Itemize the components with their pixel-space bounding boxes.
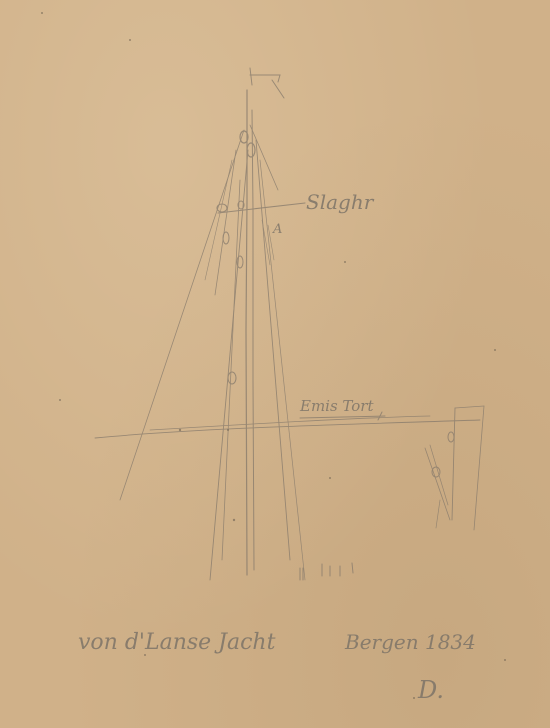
drawing-sheet: Slaghr A Emis Tort von d'Lanse Jacht Ber… [0, 0, 550, 728]
upper-rigging-label: Slaghr [306, 190, 373, 214]
marker-a-label: A [273, 222, 282, 237]
mast-sketch [0, 0, 550, 728]
monogram: D. [418, 676, 444, 704]
caption-left: von d'Lanse Jacht [78, 630, 275, 655]
middle-rigging-label: Emis Tort [300, 397, 374, 415]
caption-right: Bergen 1834 [345, 630, 476, 654]
